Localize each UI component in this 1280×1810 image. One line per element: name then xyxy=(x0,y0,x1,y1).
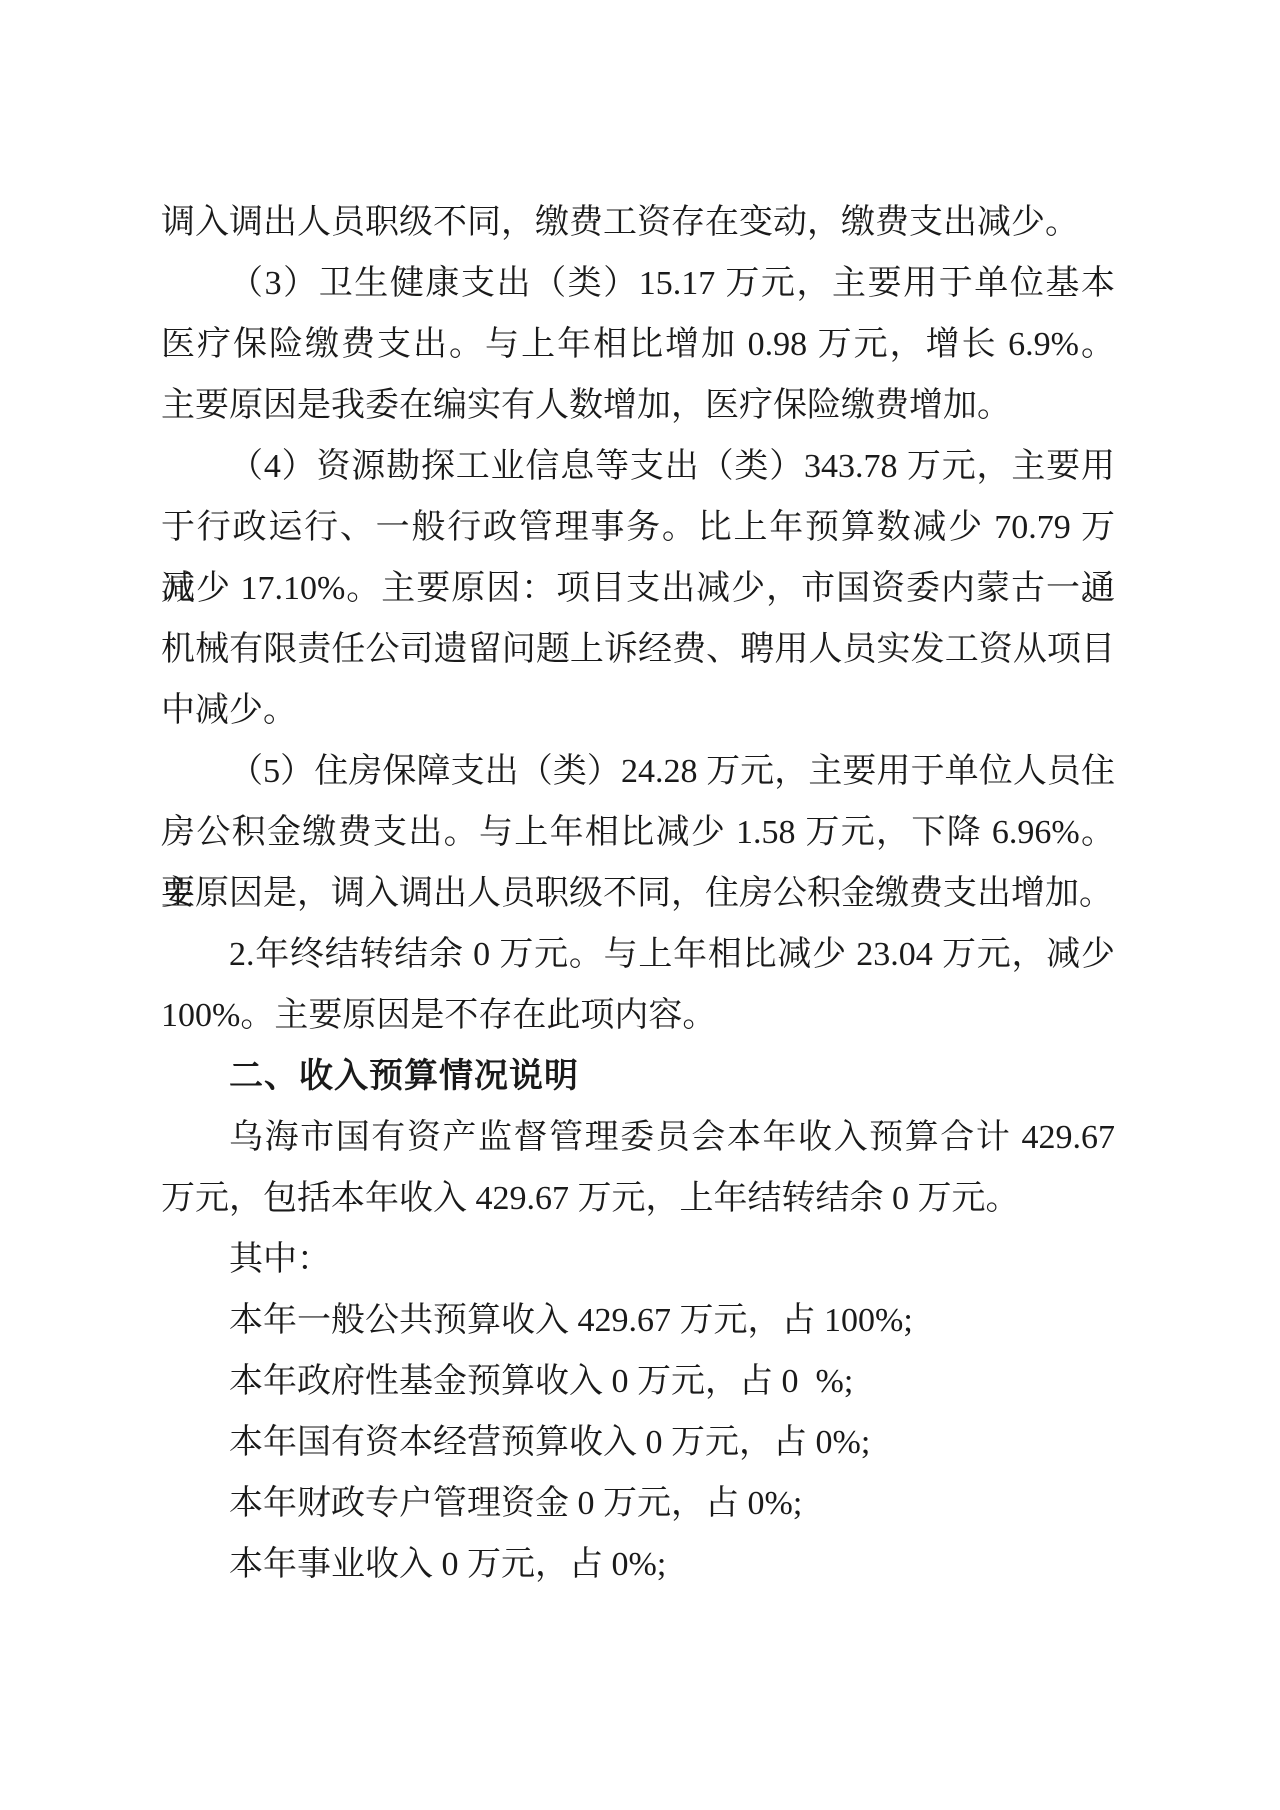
line-housing-expenditure-1: （5）住房保障支出（类）24.28 万元，主要用于单位人员住 xyxy=(161,741,1115,802)
line-general-public-budget-income: 本年一般公共预算收入 429.67 万元，占 100%; xyxy=(161,1290,1115,1351)
line-health-expenditure-2: 医疗保险缴费支出。与上年相比增加 0.98 万元，增长 6.9%。 xyxy=(161,314,1115,375)
document-body: 调入调出人员职级不同，缴费工资存在变动，缴费支出减少。（3）卫生健康支出（类）1… xyxy=(161,192,1115,1595)
line-resource-expenditure-3: 减少 17.10%。主要原因：项目支出减少，市国资委内蒙古一通 xyxy=(161,558,1115,619)
line-state-capital-budget-income: 本年国有资本经营预算收入 0 万元，占 0%; xyxy=(161,1412,1115,1473)
line-housing-expenditure-3: 要原因是，调入调出人员职级不同，住房公积金缴费支出增加。 xyxy=(161,863,1115,924)
line-resource-expenditure-5: 中减少。 xyxy=(161,680,1115,741)
line-housing-expenditure-2: 房公积金缴费支出。与上年相比减少 1.58 万元，下降 6.96%。主 xyxy=(161,802,1115,863)
line-yearend-carryover-1: 2.年终结转结余 0 万元。与上年相比减少 23.04 万元，减少 xyxy=(161,924,1115,985)
document-page: 调入调出人员职级不同，缴费工资存在变动，缴费支出减少。（3）卫生健康支出（类）1… xyxy=(0,0,1280,1810)
line-income-total-2: 万元，包括本年收入 429.67 万元，上年结转结余 0 万元。 xyxy=(161,1168,1115,1229)
line-gov-fund-budget-income: 本年政府性基金预算收入 0 万元，占 0 %; xyxy=(161,1351,1115,1412)
line-health-expenditure-3: 主要原因是我委在编实有人数增加，医疗保险缴费增加。 xyxy=(161,375,1115,436)
line-fiscal-special-account-funds: 本年财政专户管理资金 0 万元，占 0%; xyxy=(161,1473,1115,1534)
line-business-income: 本年事业收入 0 万元，占 0%; xyxy=(161,1534,1115,1595)
line-resource-expenditure-2: 于行政运行、一般行政管理事务。比上年预算数减少 70.79 万元。 xyxy=(161,497,1115,558)
heading-income-budget-section: 二、收入预算情况说明 xyxy=(161,1046,1115,1107)
line-pension-expense-para-end: 调入调出人员职级不同，缴费工资存在变动，缴费支出减少。 xyxy=(161,192,1115,253)
line-including-label: 其中： xyxy=(161,1229,1115,1290)
line-health-expenditure-1: （3）卫生健康支出（类）15.17 万元，主要用于单位基本 xyxy=(161,253,1115,314)
line-income-total-1: 乌海市国有资产监督管理委员会本年收入预算合计 429.67 xyxy=(161,1107,1115,1168)
line-yearend-carryover-2: 100%。主要原因是不存在此项内容。 xyxy=(161,985,1115,1046)
line-resource-expenditure-1: （4）资源勘探工业信息等支出（类）343.78 万元，主要用 xyxy=(161,436,1115,497)
line-resource-expenditure-4: 机械有限责任公司遗留问题上诉经费、聘用人员实发工资从项目 xyxy=(161,619,1115,680)
